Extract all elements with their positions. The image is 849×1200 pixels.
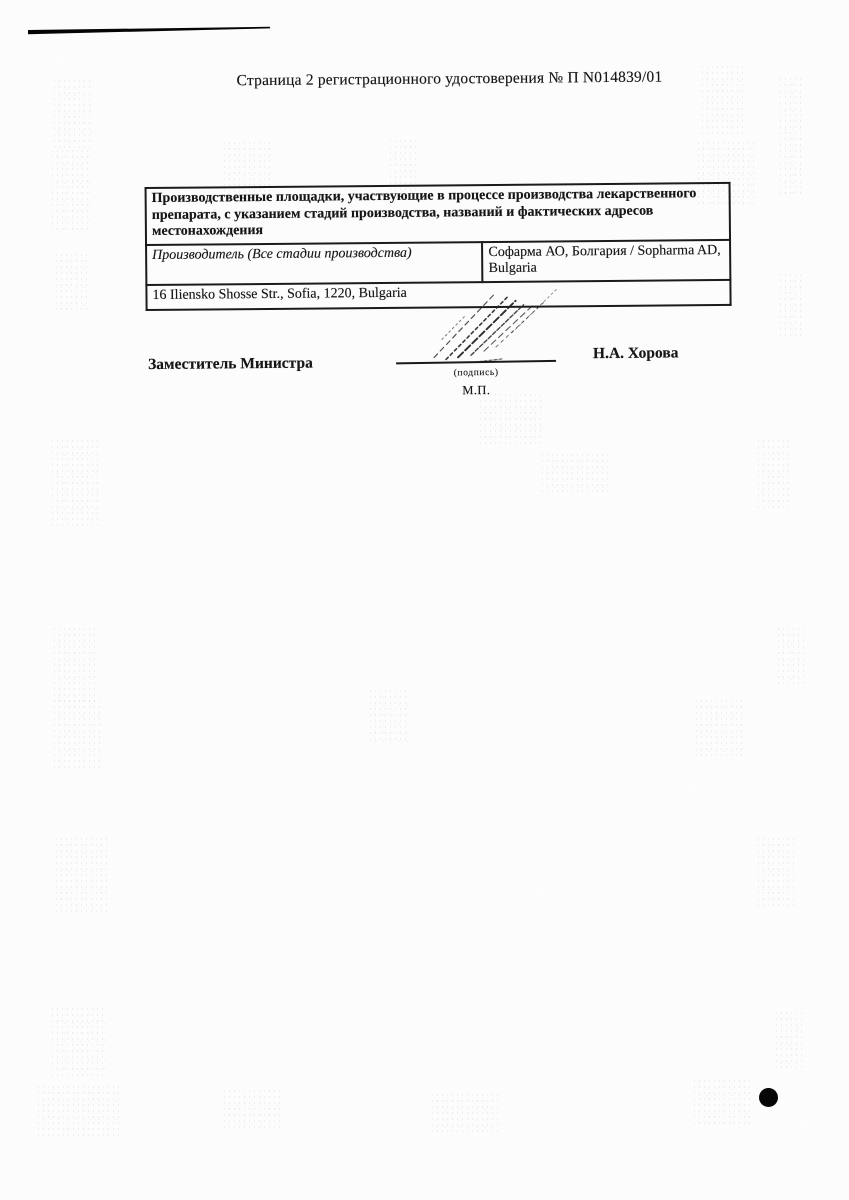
signatory-name: Н.А. Хорова: [593, 344, 679, 363]
manufacturing-sites-table: Производственные площадки, участвующие в…: [145, 182, 732, 311]
producer-address-cell: 16 Iliensko Shosse Str., Sofia, 1220, Bu…: [146, 279, 730, 309]
table-header-cell: Производственные площадки, участвующие в…: [146, 183, 730, 245]
address-row: 16 Iliensko Shosse Str., Sofia, 1220, Bu…: [146, 279, 730, 309]
producer-value-cell: Софарма АО, Болгария / Sopharma AD, Bulg…: [482, 239, 730, 281]
signature-caption: (подпись): [396, 367, 556, 378]
signatory-title: Заместитель Министра: [148, 355, 313, 374]
scanned-document-page: Страница 2 регистрационного удостоверени…: [0, 0, 849, 1200]
document-content: Страница 2 регистрационного удостоверени…: [0, 0, 849, 1200]
page-header: Страница 2 регистрационного удостоверени…: [237, 69, 663, 91]
punch-hole-dot: [759, 1088, 778, 1107]
signature-line: [396, 360, 556, 365]
seal-placeholder-label: М.П.: [396, 382, 556, 398]
producer-row: Производитель (Все стадии производства) …: [146, 239, 730, 284]
producer-label-cell: Производитель (Все стадии производства): [146, 242, 483, 285]
table-header-row: Производственные площадки, участвующие в…: [146, 183, 730, 245]
